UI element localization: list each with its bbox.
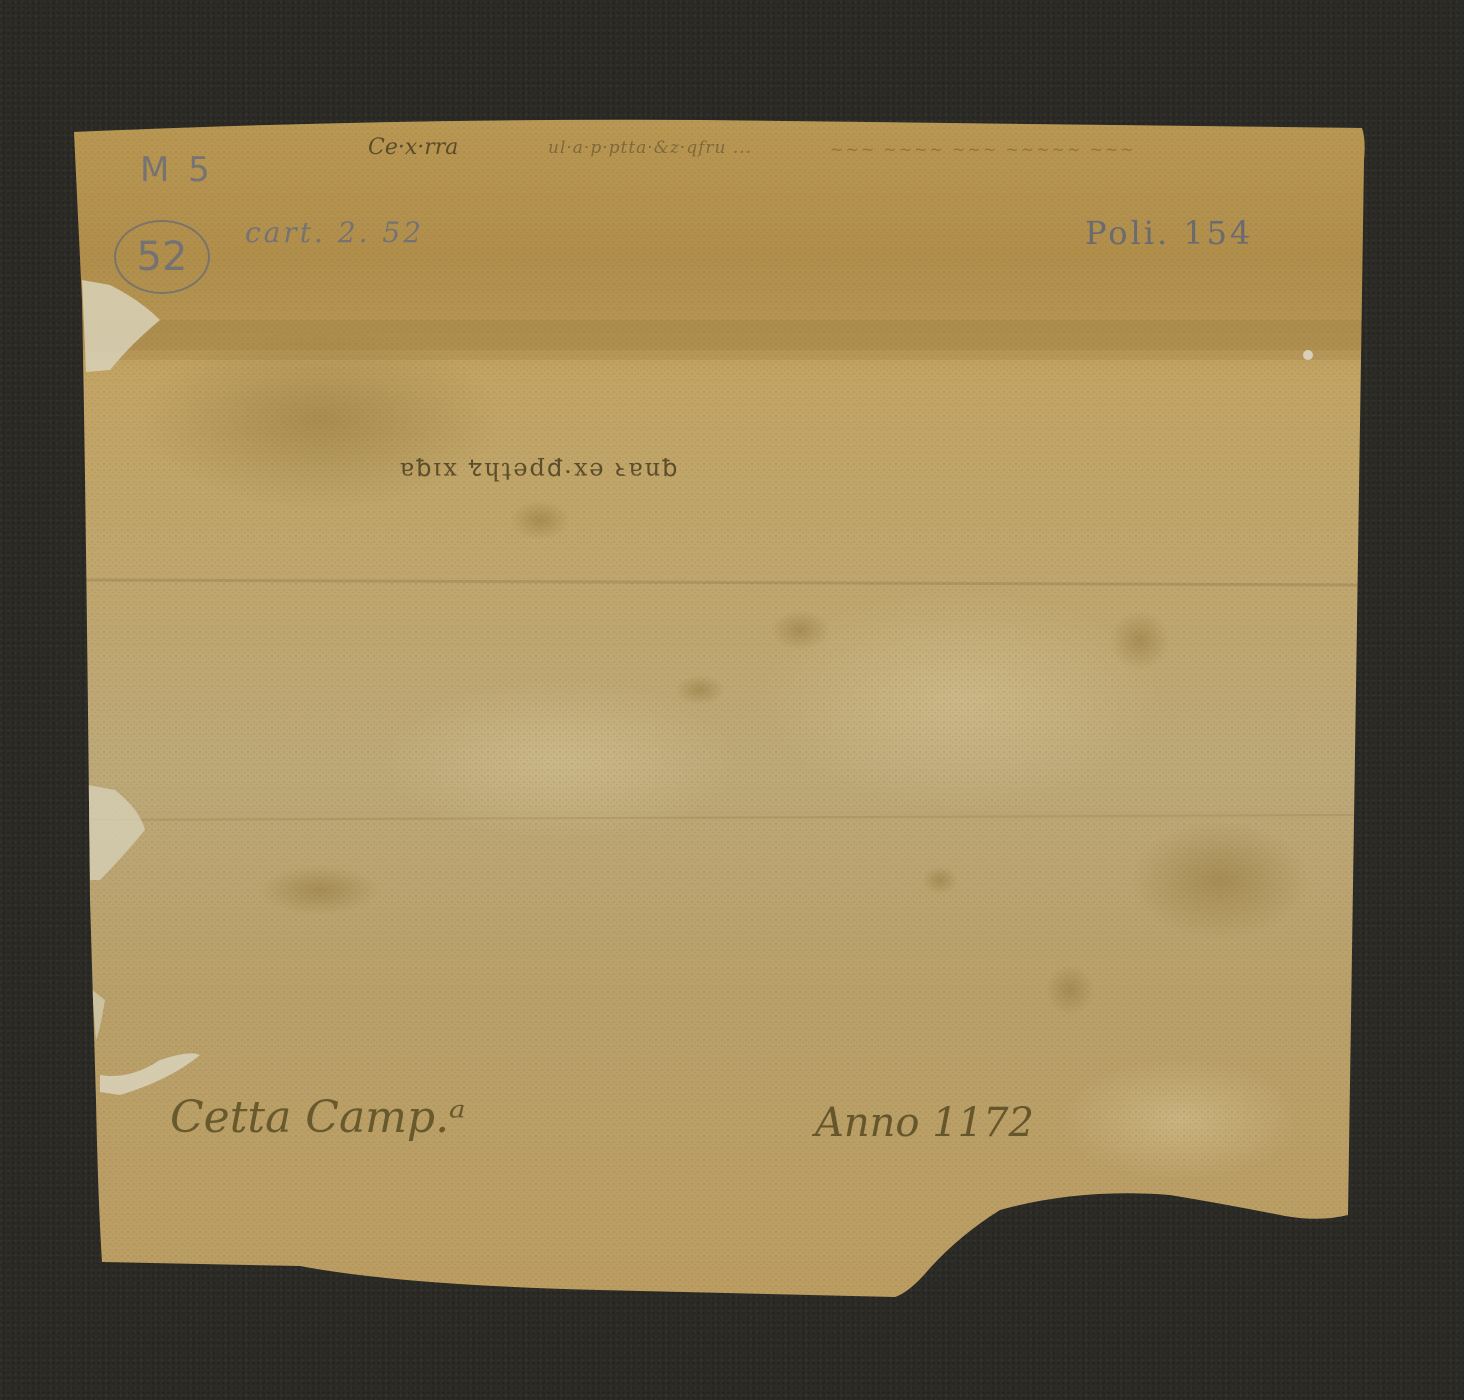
shelfmark-annotation: M 5 <box>140 150 214 190</box>
top-ink-annotation-continued: ul·a·p·ptta·&z·qfru ... <box>548 138 752 158</box>
faded-ink-text: ~~~ ~~~~ ~~~ ~~~~~ ~~~ <box>830 140 1136 159</box>
top-ink-annotation: Ce·x·rra <box>368 135 458 160</box>
pencil-reference-annotation: cart. 2. 52 <box>245 216 424 249</box>
bottom-left-ink-annotation: Cetta Camp.ᵃ <box>170 1092 466 1143</box>
circled-number-stamp: 52 <box>114 220 210 294</box>
parchment-sheet <box>0 0 1464 1400</box>
inverted-endorsement-text: ꝗnaꝛ ex·ꝑpethꝝ xıꝗa <box>398 455 678 488</box>
year-annotation: Anno 1172 <box>815 1100 1034 1146</box>
circled-number: 52 <box>137 234 188 280</box>
pencil-folio-annotation: Poli. 154 <box>1085 214 1253 252</box>
